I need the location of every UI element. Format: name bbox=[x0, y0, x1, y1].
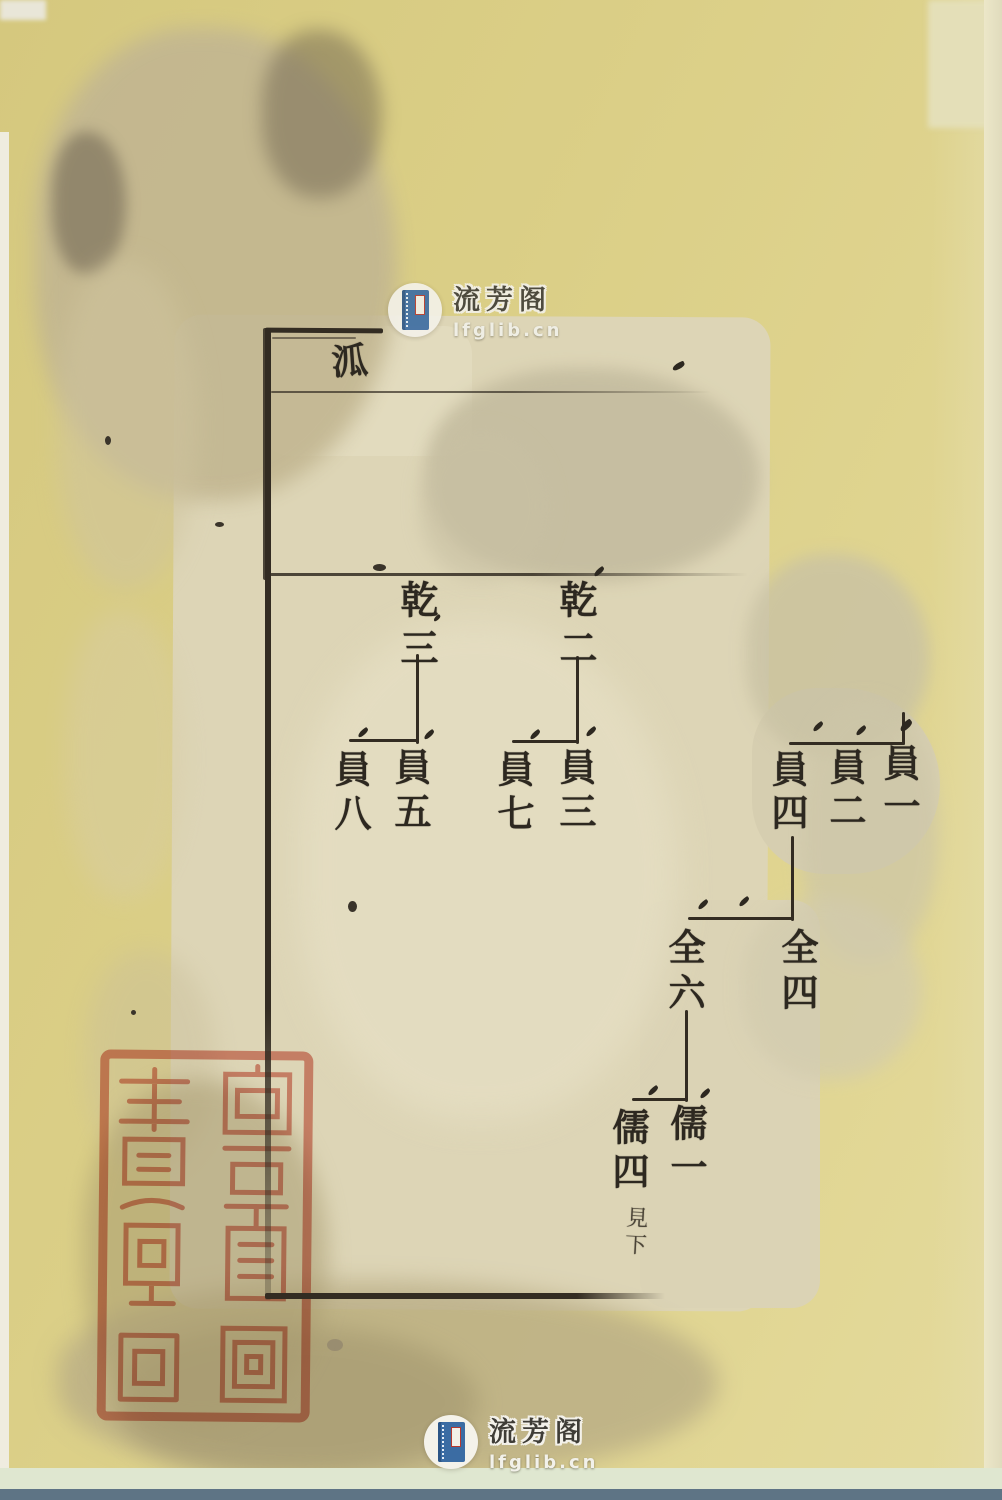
stain-left-band1 bbox=[58, 260, 198, 590]
bottom-strip-dark bbox=[0, 1489, 1002, 1500]
branch-header: 泒 bbox=[327, 341, 365, 379]
node-yuan8: 員八 bbox=[331, 750, 368, 838]
rule-upper bbox=[271, 391, 711, 393]
node-yuan2: 員二 bbox=[826, 748, 863, 834]
node-quan6: 全六 bbox=[665, 928, 702, 1018]
node-yuan7: 員七 bbox=[494, 750, 531, 838]
book-title-label bbox=[415, 295, 425, 315]
bar-ru-children bbox=[632, 1098, 688, 1101]
line-quan6-down bbox=[685, 1010, 688, 1102]
node-quan4: 全四 bbox=[778, 928, 815, 1018]
watermark-site-url: lfglib.cn bbox=[453, 320, 562, 341]
stain-topleft-dark2 bbox=[262, 30, 382, 198]
ink-speck bbox=[215, 522, 224, 527]
node-ru1: 儒一 bbox=[667, 1104, 704, 1192]
stain-right3 bbox=[742, 898, 922, 1080]
watermark-top: 流芳阁 lfglib.cn bbox=[388, 278, 562, 341]
node-qian2: 乾二 bbox=[556, 580, 594, 676]
watermark-text: 流芳阁 lfglib.cn bbox=[453, 278, 562, 341]
watermark-site-name: 流芳阁 bbox=[453, 278, 562, 317]
bar-qian2-children bbox=[512, 740, 579, 743]
node-yuan1: 員一 bbox=[880, 744, 917, 830]
stain-box-top-tail bbox=[420, 430, 550, 580]
watermark-text: 流芳阁 lfglib.cn bbox=[489, 1410, 598, 1473]
edge-right-shade bbox=[930, 0, 984, 1500]
ink-speck bbox=[373, 564, 386, 571]
watermark-bottom: 流芳阁 lfglib.cn bbox=[424, 1410, 598, 1473]
node-yuan3: 員三 bbox=[556, 748, 593, 836]
bar-qian3-children bbox=[349, 739, 419, 742]
ink-speck bbox=[131, 1010, 136, 1015]
watermark-site-name: 流芳阁 bbox=[489, 1410, 598, 1449]
edge-right-strip bbox=[984, 0, 1002, 1500]
book-spine-stitching bbox=[406, 293, 408, 327]
stain-left-band2 bbox=[66, 610, 186, 900]
node-ru4: 儒四 bbox=[609, 1108, 646, 1196]
book-icon bbox=[402, 290, 429, 330]
ink-speck bbox=[105, 436, 111, 445]
scanned-page: 泒 乾二 乾三 員三 員七 員五 員八 員一 員二 員四 全四 全六 儒一 儒四… bbox=[0, 0, 1002, 1500]
border-bottom bbox=[265, 1293, 665, 1299]
node-qian3: 乾三 bbox=[397, 580, 435, 676]
watermark-badge bbox=[388, 283, 442, 337]
book-spine-stitching bbox=[442, 1425, 444, 1459]
watermark-site-url: lfglib.cn bbox=[489, 1452, 598, 1473]
edge-topleft-corner bbox=[0, 0, 46, 20]
collection-seal bbox=[94, 1047, 316, 1425]
book-icon bbox=[438, 1422, 465, 1462]
node-yuan4: 員四 bbox=[768, 750, 805, 836]
node-yuan5: 員五 bbox=[391, 748, 428, 836]
border-left-heavy bbox=[263, 328, 271, 580]
border-top-double bbox=[272, 337, 356, 339]
stain-topleft-dark1 bbox=[52, 132, 126, 274]
watermark-badge bbox=[424, 1415, 478, 1469]
ink-speck bbox=[327, 1339, 343, 1351]
bar-quan-children bbox=[688, 917, 794, 920]
line-yuan4-down bbox=[791, 836, 794, 921]
stain-center-light bbox=[298, 620, 678, 1120]
note-see-below: 見下 bbox=[622, 1205, 647, 1260]
border-top bbox=[265, 328, 383, 334]
edge-left-strip bbox=[0, 132, 9, 1500]
rule-generation bbox=[270, 573, 748, 576]
book-title-label bbox=[451, 1427, 461, 1447]
ink-speck bbox=[348, 901, 357, 912]
